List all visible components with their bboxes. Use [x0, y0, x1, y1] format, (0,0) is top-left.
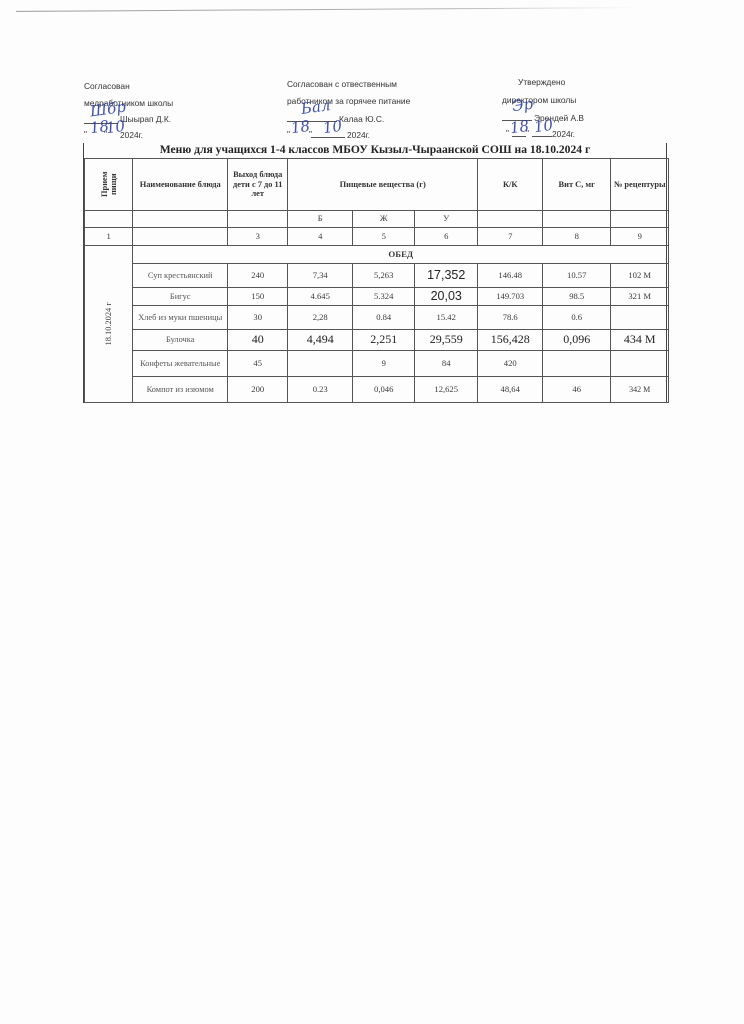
kcal: 149.703 — [478, 288, 543, 306]
carbs: 84 — [415, 351, 478, 377]
protein — [288, 351, 353, 377]
column-number: 3 — [228, 228, 288, 246]
meal-date-cell: 18.10.2024 г — [85, 246, 133, 403]
vitamin-c: 98.5 — [543, 288, 611, 306]
column-number: 4 — [288, 228, 353, 246]
header-kcal: К/К — [478, 159, 543, 211]
signature: Эр — [511, 97, 534, 115]
portion: 30 — [228, 306, 288, 330]
protein: 7,34 — [288, 264, 353, 288]
fat: 0.84 — [353, 306, 415, 330]
header-dish: Наименование блюда — [133, 159, 228, 211]
approval-year: 2024г. — [552, 130, 575, 138]
subheader-protein: Б — [288, 211, 353, 228]
dish-name: Хлеб из муки пшеницы — [133, 306, 228, 330]
recipe-number — [611, 306, 669, 330]
dish-name: Конфеты жевательные — [133, 351, 228, 377]
fat: 5,263 — [353, 264, 415, 288]
dish-name: Компот из изюмом — [133, 377, 228, 403]
approval-name: Калаа Ю.С. — [339, 115, 384, 123]
protein: 4,494 — [288, 330, 353, 351]
table-row: Суп крестьянский 240 7,34 5,263 17,352 1… — [85, 264, 669, 288]
table-row: Хлеб из муки пшеницы 30 2,28 0.84 15.42 … — [85, 306, 669, 330]
portion: 40 — [228, 330, 288, 351]
header-meal: Прием пищи — [85, 159, 133, 211]
recipe-number: 321 М — [611, 288, 669, 306]
portion: 150 — [228, 288, 288, 306]
dish-name: Суп крестьянский — [133, 264, 228, 288]
header-row: Прием пищи Наименование блюда Выход блюд… — [85, 159, 669, 211]
kcal: 78.6 — [478, 306, 543, 330]
table-row: Бигус 150 4.645 5.324 20,03 149.703 98.5… — [85, 288, 669, 306]
vitamin-c: 0,096 — [543, 330, 611, 351]
approval-line1: Согласован с отвественным — [287, 80, 397, 88]
kcal: 156,428 — [478, 330, 543, 351]
header-portion: Выход блюда дети с 7 до 11 лет — [228, 159, 288, 211]
fat: 9 — [353, 351, 415, 377]
carbs: 12,625 — [415, 377, 478, 403]
approval-year: 2024г. — [347, 131, 370, 139]
recipe-number — [611, 351, 669, 377]
dish-name: Бигус — [133, 288, 228, 306]
kcal: 48,64 — [478, 377, 543, 403]
approval-month: 10 — [533, 118, 554, 136]
carbs: 20,03 — [415, 288, 478, 306]
column-number: 1 — [85, 228, 133, 246]
column-number-row: 1 3 4 5 6 7 8 9 — [85, 228, 669, 246]
column-number — [133, 228, 228, 246]
approval-day: 18 — [290, 119, 311, 137]
recipe-number: 342 М — [611, 377, 669, 403]
table-row: Булочка 40 4,494 2,251 29,559 156,428 0,… — [85, 330, 669, 351]
subheader-carbs: У — [415, 211, 478, 228]
approval-line1: Согласован — [84, 82, 130, 90]
portion: 45 — [228, 351, 288, 377]
protein: 2,28 — [288, 306, 353, 330]
carbs: 29,559 — [415, 330, 478, 351]
document-title: Меню для учащихся 1-4 классов МБОУ Кызыл… — [84, 143, 666, 156]
portion: 200 — [228, 377, 288, 403]
kcal: 146.48 — [478, 264, 543, 288]
column-number: 6 — [415, 228, 478, 246]
approval-name: Шыырап Д.К. — [120, 115, 171, 123]
fat: 5.324 — [353, 288, 415, 306]
vitamin-c: 0.6 — [543, 306, 611, 330]
section-row: 18.10.2024 г ОБЕД — [85, 246, 669, 264]
fat: 0,046 — [353, 377, 415, 403]
vitamin-c — [543, 351, 611, 377]
fat: 2,251 — [353, 330, 415, 351]
section-title: ОБЕД — [133, 246, 669, 264]
kcal: 420 — [478, 351, 543, 377]
scan-edge-line — [16, 7, 636, 12]
portion: 240 — [228, 264, 288, 288]
column-number: 7 — [478, 228, 543, 246]
carbs: 17,352 — [415, 264, 478, 288]
protein: 0.23 — [288, 377, 353, 403]
carbs: 15.42 — [415, 306, 478, 330]
header-nutrients: Пищевые вещества (г) — [288, 159, 478, 211]
table-row: Компот из изюмом 200 0.23 0,046 12,625 4… — [85, 377, 669, 403]
subheader-fat: Ж — [353, 211, 415, 228]
approval-year: 2024г. — [120, 131, 143, 139]
signature: Бал — [300, 98, 331, 117]
meal-date: 18.10.2024 г — [104, 302, 114, 345]
protein: 4.645 — [288, 288, 353, 306]
column-number: 8 — [543, 228, 611, 246]
subheader-row: Б Ж У — [85, 211, 669, 228]
header-recipe: № рецептуры — [611, 159, 669, 211]
table-row: Конфеты жевательные 45 9 84 420 — [85, 351, 669, 377]
vitamin-c: 46 — [543, 377, 611, 403]
dish-name: Булочка — [133, 330, 228, 351]
approval-line1: Утверждено — [518, 78, 565, 86]
menu-table: Прием пищи Наименование блюда Выход блюд… — [84, 158, 669, 403]
column-number: 9 — [611, 228, 669, 246]
column-number: 5 — [353, 228, 415, 246]
recipe-number: 102 М — [611, 264, 669, 288]
vitamin-c: 10.57 — [543, 264, 611, 288]
recipe-number: 434 М — [611, 330, 669, 351]
header-vitc: Вит С, мг — [543, 159, 611, 211]
approval-month: 10 — [322, 119, 343, 137]
